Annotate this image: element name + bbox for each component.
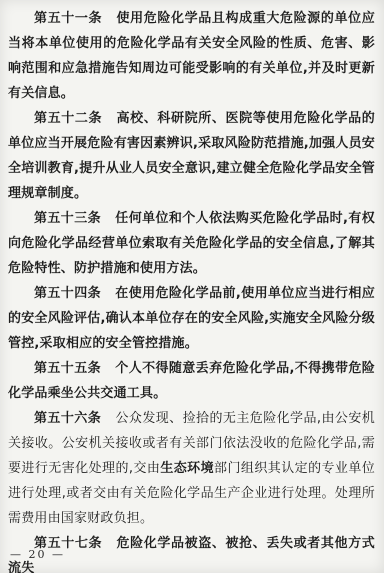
article-number: 第五十六条 xyxy=(34,411,101,426)
article-number: 第五十一条 xyxy=(34,11,102,26)
article-paragraph-53: 第五十三条任何单位和个人依法购买危险化学品时,有权向危险化学品经营单位索取有关危… xyxy=(8,206,375,281)
article-number: 第五十二条 xyxy=(34,111,102,126)
article-text-block: 第五十一条使用危险化学品且构成重大危险源的单位应当将本单位使用的危险化学品有关安… xyxy=(8,6,375,573)
scanned-document-page: 第五十一条使用危险化学品且构成重大危险源的单位应当将本单位使用的危险化学品有关安… xyxy=(0,0,384,573)
article-paragraph-52: 第五十二条高校、科研院所、医院等使用危险化学品的单位应当开展危险有害因素辨识,采… xyxy=(8,106,375,206)
article-paragraph-55: 第五十五条个人不得随意丢弃危险化学品,不得携带危险化学品乘坐公共交通工具。 xyxy=(8,356,375,406)
article-paragraph-56: 第五十六条公众发现、捡拾的无主危险化学品,由公安机关接收。公安机关接收或者有关部… xyxy=(8,406,375,531)
article-body-segment-emphasized: 生态环境 xyxy=(160,461,214,476)
article-number: 第五十四条 xyxy=(34,286,101,301)
article-paragraph-54: 第五十四条在使用危险化学品前,使用单位应当进行相应的安全风险评估,确认本单位存在… xyxy=(8,281,375,356)
article-number: 第五十三条 xyxy=(34,211,101,226)
article-paragraph-51: 第五十一条使用危险化学品且构成重大危险源的单位应当将本单位使用的危险化学品有关安… xyxy=(8,6,375,106)
article-number: 第五十五条 xyxy=(34,361,101,376)
page-number-footer: — 20 — xyxy=(10,548,65,561)
